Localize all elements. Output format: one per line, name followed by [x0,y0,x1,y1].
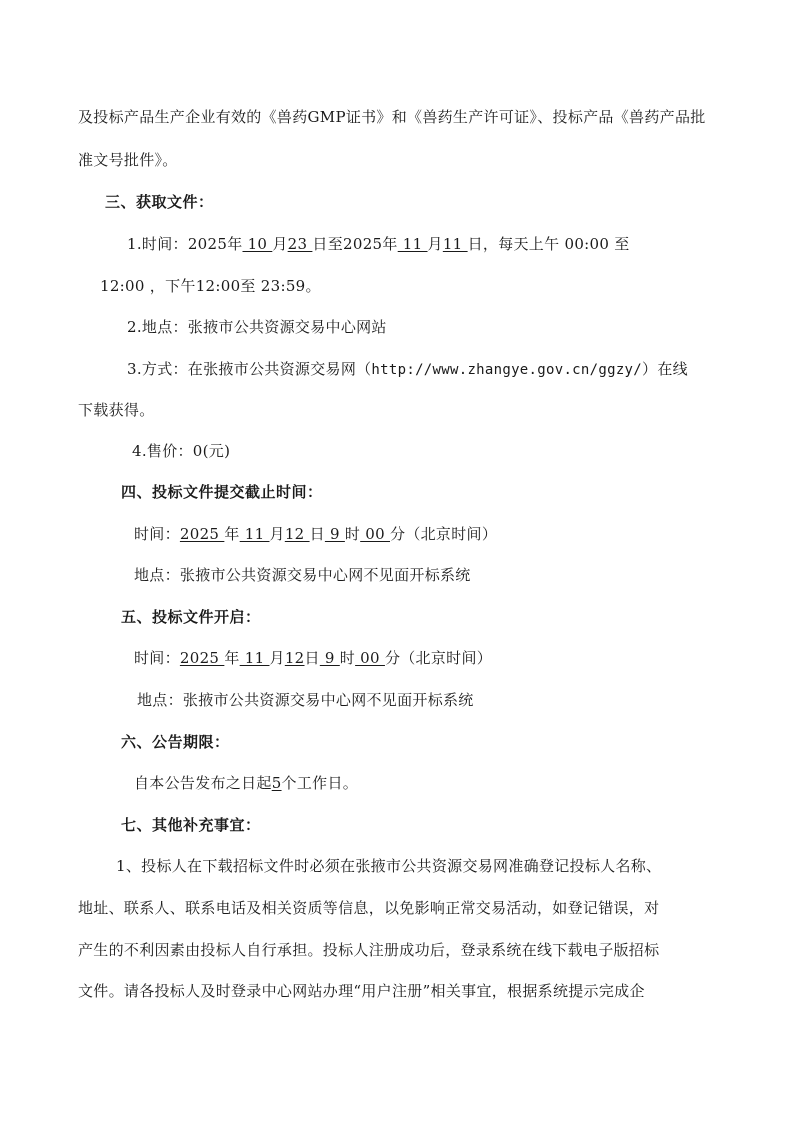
deadline-hour: 9 [325,525,345,543]
day-label: 日 [310,525,325,543]
year-label: 年 [224,649,239,667]
obtain-time-line-2: 12:00 ，下午12:00至 23:59。 [100,276,321,296]
opening-minute: 00 [355,649,385,667]
obtain-price: 4.售价：0(元) [132,441,230,461]
month-label: 月 [270,525,285,543]
obtain-start-year: 2025 [188,235,227,253]
section-6-heading: 六、公告期限： [121,732,230,752]
time-label: 时间： [134,649,180,667]
notice-period-prefix: 自本公告发布之日起 [134,774,272,792]
section-7-heading: 七、其他补充事宜： [121,815,261,835]
obtain-method-url[interactable]: http://www.zhangye.gov.cn/ggzy/ [371,362,642,378]
deadline-time: 时间：2025 年 11 月12 日 9 时 00 分（北京时间） [134,524,497,544]
obtain-start-month: 10 [243,235,273,253]
notice-period-days: 5 [272,774,282,792]
notice-period-suffix: 个工作日。 [282,774,359,792]
supplement-para-1-line-3: 产生的不利因素由投标人自行承担。投标人注册成功后，登录系统在线下载电子版招标 [78,940,659,960]
month-label: 月 [428,235,443,253]
section-3-heading: 三、获取文件： [105,192,214,212]
notice-period: 自本公告发布之日起5个工作日。 [134,773,358,793]
intro-line-2: 准文号批件》。 [78,150,178,170]
deadline-day: 12 [285,525,310,543]
obtain-method-line-1: 3.方式：在张掖市公共资源交易网（http://www.zhangye.gov.… [127,359,688,380]
obtain-start-day: 23 [288,235,313,253]
obtain-end-day: 11 [443,235,468,253]
month-label: 月 [272,235,287,253]
deadline-minute: 00 [360,525,390,543]
opening-day: 12 [285,649,305,667]
obtain-time-prefix: 1.时间： [127,235,188,253]
day-label: 日至 [312,235,343,253]
hour-label: 时 [345,525,360,543]
obtain-method-line-2: 下载获得。 [78,400,155,420]
day-label: 日 [305,649,320,667]
section-5-heading: 五、投标文件开启： [121,607,261,627]
obtain-end-month: 11 [398,235,428,253]
supplement-para-1-line-2: 地址、联系人、联系电话及相关资质等信息，以免影响正常交易活动，如登记错误，对 [78,898,659,918]
deadline-year: 2025 [180,525,224,543]
deadline-place: 地点：张掖市公共资源交易中心网不见面开标系统 [134,565,471,585]
obtain-place: 2.地点：张掖市公共资源交易中心网站 [127,317,387,337]
obtain-end-year: 2025 [343,235,382,253]
year-label: 年 [224,525,239,543]
daily-hours-text: 日，每天上午 00:00 至 [468,235,630,253]
minute-label: 分（北京时间） [390,525,497,543]
year-label: 年 [382,235,397,253]
obtain-method-prefix: 3.方式：在张掖市公共资源交易网（ [127,360,371,378]
supplement-para-1-line-4: 文件。请各投标人及时登录中心网站办理“用户注册”相关事宜，根据系统提示完成企 [78,981,645,1001]
opening-time: 时间：2025 年 11 月12日 9 时 00 分（北京时间） [134,648,492,668]
intro-line-1: 及投标产品生产企业有效的《兽药GMP证书》和《兽药生产许可证》、投标产品《兽药产… [78,107,706,127]
hour-label: 时 [340,649,355,667]
year-label: 年 [227,235,242,253]
month-label: 月 [270,649,285,667]
opening-month: 11 [240,649,270,667]
opening-year: 2025 [180,649,224,667]
opening-hour: 9 [320,649,340,667]
obtain-time-line-1: 1.时间：2025年 10 月23 日至2025年 11 月11 日，每天上午 … [127,234,630,254]
minute-label: 分（北京时间） [385,649,492,667]
section-4-heading: 四、投标文件提交截止时间： [121,482,323,502]
supplement-para-1-line-1: 1、投标人在下载招标文件时必须在张掖市公共资源交易网准确登记投标人名称、 [116,856,661,876]
obtain-method-suffix: ）在线 [642,360,688,378]
time-label: 时间： [134,525,180,543]
opening-place: 地点：张掖市公共资源交易中心网不见面开标系统 [137,690,474,710]
deadline-month: 11 [240,525,270,543]
